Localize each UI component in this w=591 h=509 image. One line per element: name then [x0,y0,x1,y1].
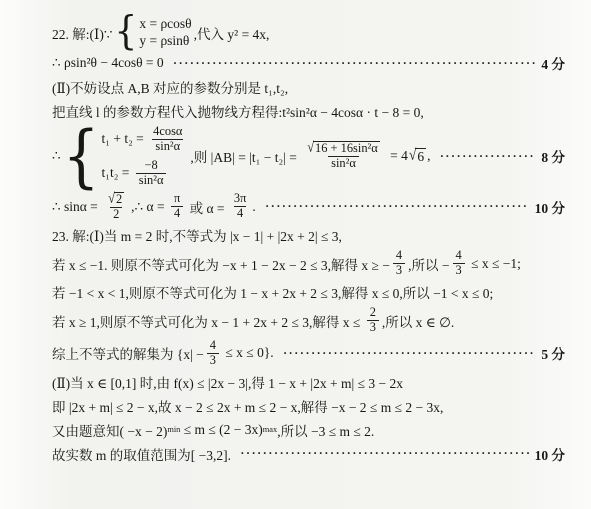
cases-rows: t₁ + t₂ = 4cosαsin²αt₁t₂ = −8sin²α [102,125,189,188]
line-22-part2-answer: ∴ sinα = √22,∴ α = π4 或 α = 3π4. ·······… [52,192,565,222]
math-text: 4 [174,207,180,221]
fraction: 43 [207,339,219,368]
fraction-numerator: 4cosα [150,125,185,139]
cases-row: x = ρcosθ [139,16,191,32]
fraction-numerator: √16 + 16sin²α [303,141,384,156]
math-text: ≤ x ≤ −1; [468,256,521,272]
line-23-part1-answer: 综上不等式的解集为 {x| −43 ≤ x ≤ 0}. ············… [52,339,565,368]
line-22-part1-substitution: 22. 解:(Ⅰ)∵{x = ρcosθy = ρsinθ,代入 y² = 4x… [52,16,565,49]
cases-row: y = ρsinθ [139,33,189,49]
math-text: t₁ + t₂ = [102,131,148,147]
math-text: 把直线 l 的参数方程代入抛物线方程得:t²sin²α − 4cosα · t … [52,101,424,121]
dotted-leader: ········································… [173,56,535,71]
math-text: sin²α [155,140,180,154]
line-22-part1-result: ∴ ρsin²θ − 4cosθ = 0 ···················… [52,53,565,73]
math-text: ∴ ρsin²θ − 4cosθ = 0 [52,55,167,71]
fraction-numerator: 4 [453,249,465,263]
scanned-answer-sheet: 22. 解:(Ⅰ)∵{x = ρcosθy = ρsinθ,代入 y² = 4x… [0,0,591,509]
fraction-denominator: sin²α [152,139,183,154]
line-23-case2: 若 −1 < x < 1,则原不等式可化为 1 − x + 2x + 2 ≤ 3… [52,282,565,302]
math-text: 若 −1 < x < 1,则原不等式可化为 1 − x + 2x + 2 ≤ 3… [52,282,493,302]
fraction: 4cosαsin²α [150,125,185,154]
fraction-numerator: −8 [142,159,161,173]
score-label: 5 分 [541,343,565,363]
cases-rows: x = ρcosθy = ρsinθ [139,16,191,49]
line-23-part2-setup: (Ⅱ)当 x ∈ [0,1] 时,由 f(x) ≤ |2x − 3|,得 1 −… [52,372,565,392]
line-23-part2-answer: 故实数 m 的取值范围为[ −3,2]. ···················… [52,444,565,464]
fraction: π4 [171,192,183,221]
math-text: ,所以 x ∈ ∅. [382,311,454,331]
fraction: 23 [367,306,379,335]
score-label: 8 分 [541,146,565,166]
math-text: 4 [237,207,243,221]
square-root: √2 [108,192,124,207]
fraction-numerator: 3π [231,192,249,206]
math-text: ,所以 −3 ≤ m ≤ 2. [277,420,374,440]
math-text: 23. 解:(Ⅰ)当 m = 2 时,不等式为 |x − 1| + |2x + … [52,225,342,245]
math-text: t₁t₂ = [102,165,133,181]
fraction-denominator: 3 [207,353,219,368]
line-22-part2-vieta-AB: ∴{t₁ + t₂ = 4cosαsin²αt₁t₂ = −8sin²α,则 |… [52,125,565,188]
math-text: ,则 |AB| = |t₁ − t₂| = [190,146,300,166]
line-23-case1: 若 x ≤ −1. 则原不等式可化为 −x + 1 − 2x − 2 ≤ 3,解… [52,249,565,278]
math-text: 4 [456,249,462,263]
math-text: 或 α = [186,197,228,217]
square-root: √16 + 16sin²α [307,141,380,156]
math-text: 3π [234,192,246,206]
math-text: x = ρcosθ [139,16,191,32]
radical-sign: √ [307,140,314,154]
math-text: 22. 解:(Ⅰ)∵ [52,23,112,43]
fraction: 3π4 [231,192,249,221]
score-label: 4 分 [541,53,565,73]
math-text: = 4 [387,148,408,164]
left-curly-brace: { [63,127,100,185]
fraction-denominator: 4 [171,206,183,221]
math-text: ,代入 y² = 4x, [194,23,270,43]
math-text: 3 [396,264,402,278]
math-text: 若 x ≥ 1,则原不等式可化为 x − 1 + 2x + 2 ≤ 3,解得 x… [52,311,364,331]
cases-system: {x = ρcosθy = ρsinθ [114,16,191,49]
document-lines: 22. 解:(Ⅰ)∵{x = ρcosθy = ρsinθ,代入 y² = 4x… [52,16,565,468]
math-text: ∴ [52,148,61,164]
math-text: 2 [113,208,119,222]
math-text: 故实数 m 的取值范围为[ −3,2]. [52,444,234,464]
math-text: 3 [210,354,216,368]
fraction-denominator: 2 [110,207,122,222]
radicand: 6 [415,148,426,165]
fraction: 43 [393,249,405,278]
math-text: ∴ sinα = [52,199,101,215]
fraction: √22 [104,192,128,222]
dotted-leader: ········································… [283,346,535,361]
dotted-leader: ········································… [440,149,536,164]
radical-sign: √ [108,191,115,205]
line-23-part2-minmax: 又由题意知( −x − 2)min ≤ m ≤ (2 − 3x)max,所以 −… [52,420,565,440]
math-text: 4 [210,339,216,353]
line-22-part2-setup: (Ⅱ)不妨设点 A,B 对应的参数分别是 t₁,t₂, [52,77,565,97]
cases-row: t₁ + t₂ = 4cosαsin²α [102,125,189,154]
math-text: y = ρsinθ [139,33,189,49]
dotted-leader: ········································… [265,199,529,214]
dotted-leader: ········································… [240,446,528,461]
fraction: 43 [453,249,465,278]
math-text: ≤ x ≤ 0}. [222,345,277,361]
fraction-denominator: 3 [367,320,379,335]
fraction-denominator: sin²α [328,156,359,171]
fraction-numerator: 2 [367,306,379,320]
square-root: √6 [409,148,426,165]
score-label: 10 分 [535,444,565,464]
math-text: sin²α [331,157,356,171]
line-23-part2-derive: 即 |2x + m| ≤ 2 − x,故 x − 2 ≤ 2x + m ≤ 2 … [52,396,565,416]
fraction-denominator: 3 [393,263,405,278]
line-23-part1-setup: 23. 解:(Ⅰ)当 m = 2 时,不等式为 |x − 1| + |2x + … [52,225,565,245]
math-text: sin²α [139,174,164,188]
math-text: ,所以 − [408,254,449,274]
math-text: 即 |2x + m| ≤ 2 − x,故 x − 2 ≤ 2x + m ≤ 2 … [52,396,443,416]
score-label: 10 分 [535,197,565,217]
fraction-denominator: 3 [453,263,465,278]
math-text: , [427,148,434,164]
fraction-denominator: 4 [234,206,246,221]
math-text: 又由题意知( −x − 2) [52,420,167,440]
math-text: 4cosα [153,125,182,139]
math-text: 3 [456,264,462,278]
math-text: π [174,192,180,206]
fraction-numerator: √2 [104,192,128,207]
math-text: (Ⅱ)当 x ∈ [0,1] 时,由 f(x) ≤ |2x − 3|,得 1 −… [52,372,403,392]
fraction: −8sin²α [136,159,167,188]
math-text: 4 [396,249,402,263]
math-text: (Ⅱ)不妨设点 A,B 对应的参数分别是 t₁,t₂, [52,77,288,97]
math-text: 若 x ≤ −1. 则原不等式可化为 −x + 1 − 2x − 2 ≤ 3,解… [52,254,390,274]
cases-system: {t₁ + t₂ = 4cosαsin²αt₁t₂ = −8sin²α [63,125,189,188]
math-text: 2 [370,306,376,320]
cases-row: t₁t₂ = −8sin²α [102,159,170,188]
line-22-part2-equation: 把直线 l 的参数方程代入抛物线方程得:t²sin²α − 4cosα · t … [52,101,565,121]
radicand: 2 [114,192,124,207]
line-23-case3: 若 x ≥ 1,则原不等式可化为 x − 1 + 2x + 2 ≤ 3,解得 x… [52,306,565,335]
radical-sign: √ [409,147,416,163]
fraction-numerator: 4 [393,249,405,263]
fraction: √16 + 16sin²αsin²α [303,141,384,171]
left-curly-brace: { [114,16,137,50]
math-text: 3 [370,321,376,335]
math-text: ,∴ α = [131,199,168,215]
math-text: −8 [145,159,158,173]
math-text: ≤ m ≤ (2 − 3x) [180,422,262,438]
fraction-numerator: 4 [207,339,219,353]
math-text: . [252,199,259,215]
fraction-numerator: π [171,192,183,206]
radicand: 16 + 16sin²α [313,141,380,156]
math-text: 综上不等式的解集为 {x| − [52,343,204,363]
fraction-denominator: sin²α [136,173,167,188]
